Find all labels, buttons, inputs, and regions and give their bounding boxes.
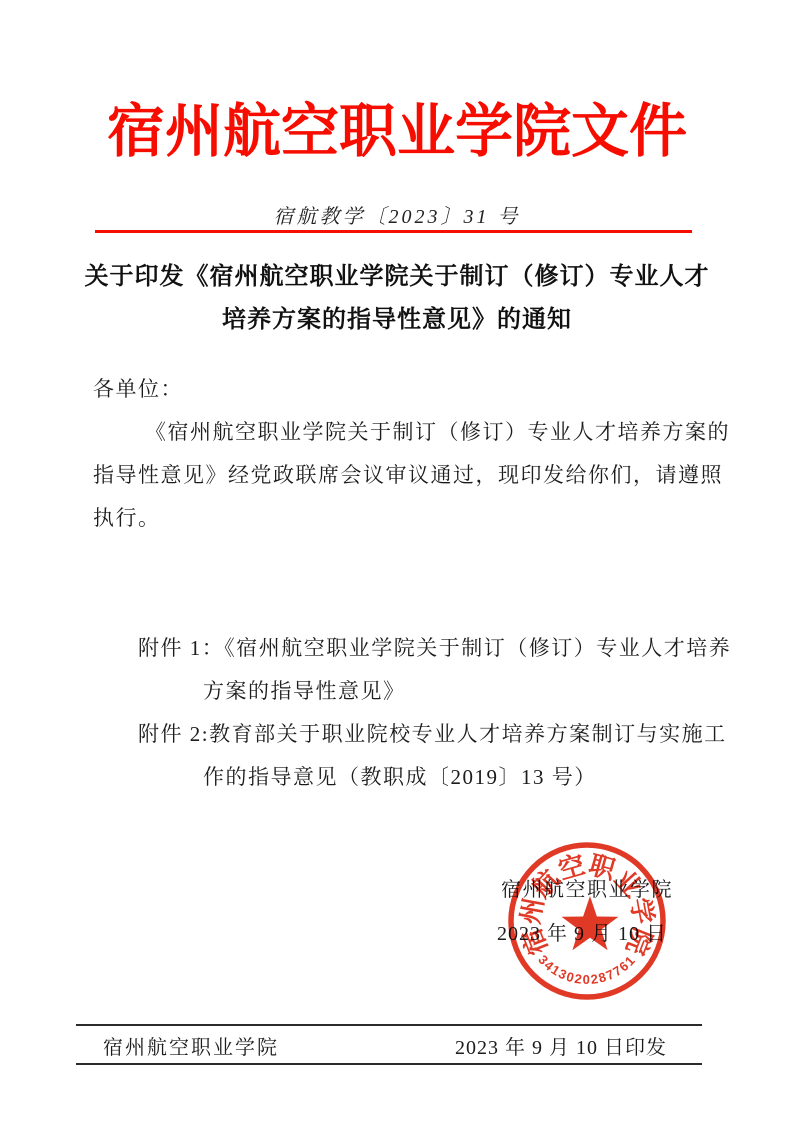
red-header-rule — [95, 230, 692, 233]
footer-org: 宿州航空职业学院 — [103, 1031, 279, 1060]
footer-print-date: 2023 年 9 月 10 日印发 — [455, 1031, 667, 1060]
subject-title: 关于印发《宿州航空职业学院关于制订（修订）专业人才 培养方案的指导性意见》的通知 — [50, 256, 744, 342]
attachment-1-line: 附件 1：《宿州航空职业学院关于制订（修订）专业人才培养 — [93, 627, 705, 670]
attachment-2-line: 附件 2:教育部关于职业院校专业人才培养方案制订与实施工 — [93, 713, 705, 756]
subject-line-2: 培养方案的指导性意见》的通知 — [50, 299, 744, 342]
official-seal: 宿州航空职业学院 3413020287761 — [502, 836, 672, 1006]
footer-rule-top — [76, 1024, 702, 1026]
doc-number: 宿航教学〔2023〕31 号 — [0, 200, 794, 229]
attachment-1-line: 方案的指导性意见》 — [93, 670, 705, 713]
paragraph-line: 《宿州航空职业学院关于制订（修订）专业人才培养方案的 — [93, 411, 705, 454]
vertical-spacer — [93, 540, 705, 627]
svg-text:3413020287761: 3413020287761 — [535, 952, 639, 987]
attachment-2-line: 作的指导意见（教职成〔2019〕13 号） — [93, 756, 705, 799]
subject-line-1: 关于印发《宿州航空职业学院关于制订（修订）专业人才 — [50, 256, 744, 299]
seal-star-icon — [562, 896, 619, 950]
org-header-title: 宿州航空职业学院文件 — [0, 96, 794, 168]
footer-rule-bottom — [76, 1063, 702, 1065]
paragraph-line: 指导性意见》经党政联席会议审议通过，现印发给你们，请遵照 — [93, 454, 705, 497]
salutation: 各单位： — [93, 368, 705, 411]
document-page: 宿州航空职业学院文件 宿航教学〔2023〕31 号 关于印发《宿州航空职业学院关… — [0, 0, 794, 1122]
paragraph-line: 执行。 — [93, 497, 705, 540]
body-text: 各单位： 《宿州航空职业学院关于制订（修订）专业人才培养方案的 指导性意见》经党… — [93, 368, 705, 799]
seal-code-text: 3413020287761 — [535, 952, 639, 987]
